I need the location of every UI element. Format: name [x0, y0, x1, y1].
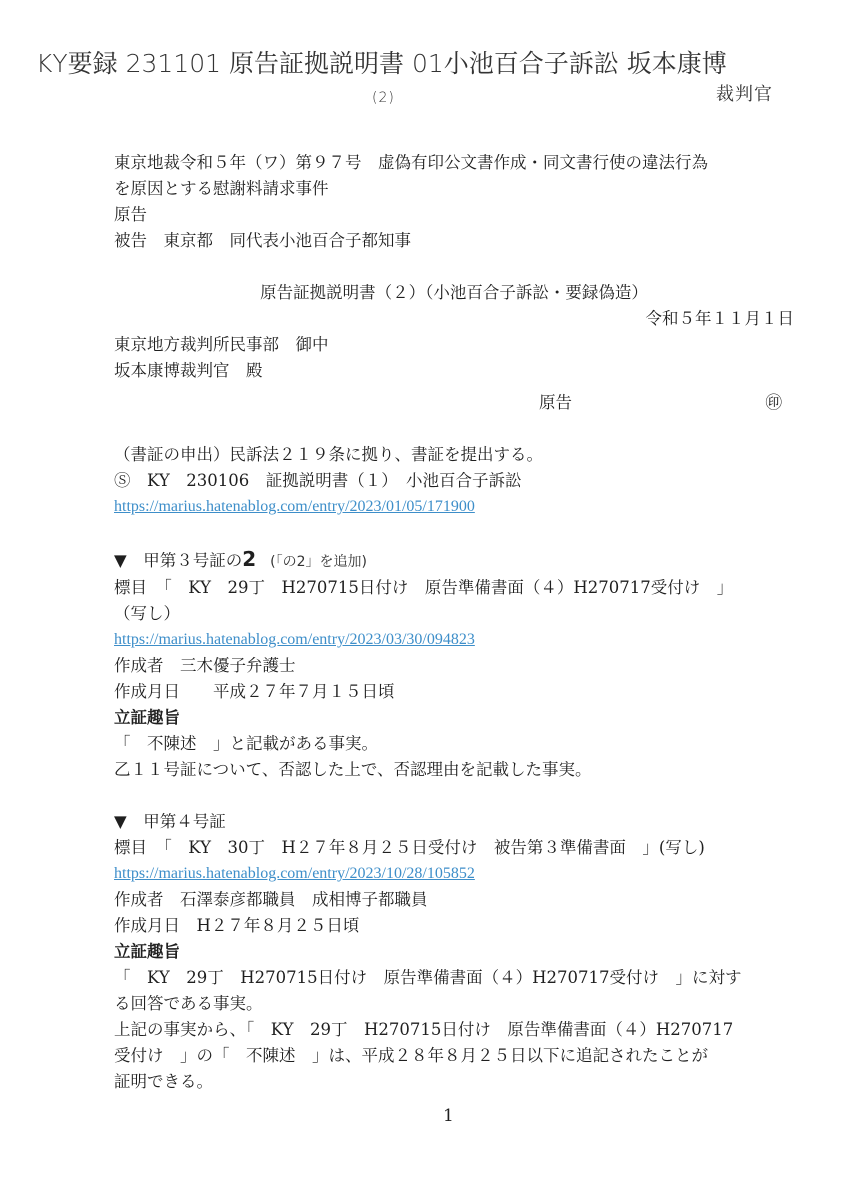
- case-line-1: 東京地裁令和５年（ワ）第９７号 虚偽有印公文書作成・同文書行使の違法行為: [114, 150, 794, 176]
- purpose-label: 立証趣旨: [114, 939, 794, 965]
- evidence-author: 作成者 三木優子弁護士: [114, 653, 794, 679]
- evidence-item-4: ▼ 甲第４号証 標目 「 KY 30丁 H２７年８月２５日受付け 被告第３準備書…: [114, 809, 794, 1095]
- purpose-line: る回答である事実。: [114, 991, 794, 1017]
- addressee-judge: 坂本康博裁判官 殿: [114, 358, 794, 384]
- document-body: 東京地裁令和５年（ワ）第９７号 虚偽有印公文書作成・同文書行使の違法行為 を原因…: [114, 150, 794, 1095]
- intro-line-1: （書証の申出）民訴法２１９条に拠り、書証を提出する。: [114, 442, 794, 468]
- evidence-title-line-1: 標目 「 KY 30丁 H２７年８月２５日受付け 被告第３準備書面 」(写し): [114, 835, 794, 861]
- document-title: 原告証拠説明書（２）（小池百合子訴訟・要録偽造）: [114, 280, 794, 306]
- intro-link[interactable]: https://marius.hatenablog.com/entry/2023…: [114, 494, 794, 520]
- seal-icon: ㊞: [766, 390, 783, 416]
- evidence-date: 作成月日 平成２７年７月１５日頃: [114, 679, 794, 705]
- evidence-item-3: ▼ 甲第３号証の2(「の2」を追加) 標目 「 KY 29丁 H270715日付…: [114, 546, 794, 783]
- defendant-line: 被告 東京都 同代表小池百合子都知事: [114, 228, 794, 254]
- handwritten-suffix: 2: [242, 547, 256, 571]
- signature-label: 原告: [539, 390, 572, 416]
- case-line-2: を原因とする慰謝料請求事件: [114, 176, 794, 202]
- addressee-court: 東京地方裁判所民事部 御中: [114, 332, 794, 358]
- handwritten-title: KY要録 231101 原告証拠説明書 01小池百合子訴訟 坂本康博: [36, 44, 727, 80]
- handwritten-title-sub: (2): [372, 90, 395, 106]
- intro-line-2: Ⓢ KY 230106 証拠説明書（１） 小池百合子訴訟: [114, 468, 794, 494]
- handwritten-title-suffix: 裁判官: [716, 80, 773, 106]
- purpose-line: 「 KY 29丁 H270715日付け 原告準備書面（４）H270717受付け …: [114, 965, 794, 991]
- purpose-label: 立証趣旨: [114, 705, 794, 731]
- purpose-line: 証明できる。: [114, 1069, 794, 1095]
- purpose-line: 「 不陳述 」と記載がある事実。: [114, 731, 794, 757]
- plaintiff-label: 原告: [114, 202, 794, 228]
- document-date: 令和５年１１月１日: [114, 306, 794, 332]
- purpose-line: 受付け 」の「 不陳述 」は、平成２８年８月２５日以下に追記されたことが: [114, 1043, 794, 1069]
- evidence-heading-text: ▼ 甲第３号証の: [114, 551, 242, 570]
- purpose-line: 乙１１号証について、否認した上で、否認理由を記載した事実。: [114, 757, 794, 783]
- signature-row: 原告 ㊞: [114, 390, 794, 416]
- evidence-heading: ▼ 甲第３号証の2(「の2」を追加): [114, 546, 794, 575]
- purpose-line: 上記の事実から、「 KY 29丁 H270715日付け 原告準備書面（４）H27…: [114, 1017, 794, 1043]
- evidence-link[interactable]: https://marius.hatenablog.com/entry/2023…: [114, 627, 794, 653]
- evidence-date: 作成月日 H２７年８月２５日頃: [114, 913, 794, 939]
- page-number: 1: [443, 1106, 454, 1126]
- evidence-title-line-1: 標目 「 KY 29丁 H270715日付け 原告準備書面（４）H270717受…: [114, 575, 794, 601]
- evidence-author: 作成者 石澤泰彦都職員 成相博子都職員: [114, 887, 794, 913]
- evidence-heading: ▼ 甲第４号証: [114, 809, 794, 835]
- handwritten-note: (「の2」を追加): [270, 554, 367, 570]
- evidence-link[interactable]: https://marius.hatenablog.com/entry/2023…: [114, 861, 794, 887]
- evidence-title-line-2: （写し）: [114, 601, 794, 627]
